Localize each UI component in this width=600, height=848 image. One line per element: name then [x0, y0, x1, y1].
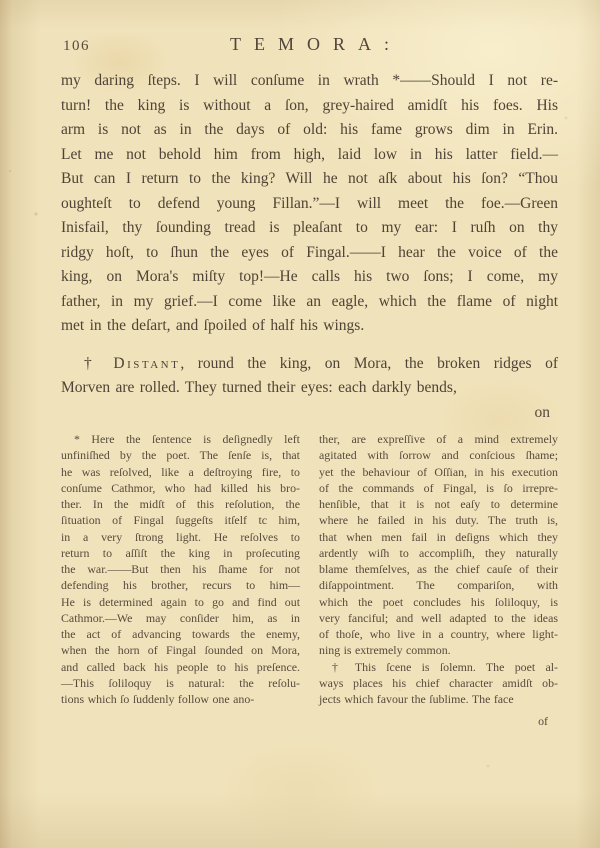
text-line: return to aſſiſt the king in proſecuting: [61, 545, 300, 561]
text-line: that when men fail in deſigns which they: [319, 529, 558, 545]
text-line: Inisfail, thy ſounding tread is pleaſant…: [61, 216, 558, 241]
text-line: ſituation of Fingal ſuggeſts itſelf tc h…: [61, 512, 300, 528]
text-line: turn! the king is without a ſon, grey-ha…: [61, 94, 558, 119]
text-line: * Here the ſentence is deſignedly left: [61, 431, 300, 447]
text-line: my daring ſteps. I will conſume in wrath…: [61, 69, 558, 94]
text-line: But can I return to the king? Will he no…: [61, 167, 558, 192]
main-paragraph-soliloquy: my daring ſteps. I will conſume in wrath…: [61, 69, 558, 339]
text-line: ther, are expreſſive of a mind extremely: [319, 431, 558, 447]
text-segment: , round the king, on Mora, the broken ri…: [180, 355, 558, 372]
text-line: † Distant, round the king, on Mora, the …: [61, 352, 558, 377]
text-line: in a very ſtrong light. He reſolves to: [61, 529, 300, 545]
text-line: ning is extremely common.: [319, 642, 558, 658]
catchword-footnote: of: [319, 713, 558, 729]
page-content: 106 TEMORA: my daring ſteps. I will conſ…: [61, 34, 558, 729]
text-line: ther. In the midſt of this reſolution, t…: [61, 496, 300, 512]
text-line: Cathmor.—We may conſider him, as in: [61, 610, 300, 626]
text-line: diſappointment. The compariſon, with: [319, 577, 558, 593]
text-line: ways places his chief character amidſt o…: [319, 675, 558, 691]
footnote-dagger: † This ſcene is ſolemn. The poet al-ways…: [319, 659, 558, 708]
text-line: unfiniſhed by the poet. The ſenſe is, th…: [61, 447, 300, 463]
text-line: yet the behaviour of Oſſian, in his exec…: [319, 464, 558, 480]
text-line: ardently wiſh to accompliſh, they natura…: [319, 545, 558, 561]
text-line: ridgy hoſt, to ſhun the eyes of Fingal.—…: [61, 241, 558, 266]
footnotes-section: * Here the ſentence is deſignedly leftun…: [61, 431, 558, 729]
text-line: where he failed in his duty. The truth i…: [319, 512, 558, 528]
dagger-reference-mark: †: [84, 355, 113, 372]
text-line: the act of advancing towards the enemy,: [61, 626, 300, 642]
text-line: blame themſelves, as the chief cauſe of …: [319, 561, 558, 577]
text-line: arm is not as in the days of old: his fa…: [61, 118, 558, 143]
page-header: 106 TEMORA:: [61, 34, 558, 58]
footnote-asterisk-continuation: ther, are expreſſive of a mind extremely…: [319, 431, 558, 659]
text-line: father, in my grief.—I come like an eagl…: [61, 290, 558, 315]
footnote-column-right: ther, are expreſſive of a mind extremely…: [319, 431, 558, 729]
text-line: † This ſcene is ſolemn. The poet al-: [319, 659, 558, 675]
text-line: which the poet concludes his ſoliloquy, …: [319, 594, 558, 610]
text-line: the war.——But then his ſhame for not: [61, 561, 300, 577]
text-line: tions which ſo ſuddenly follow one ano-: [61, 691, 300, 707]
text-line: of thoſe, who live in a country, where l…: [319, 626, 558, 642]
text-line: oughteſt to defend young Fillan.”—I will…: [61, 192, 558, 217]
text-line: defending his brother, recurs to him—: [61, 577, 300, 593]
text-line: jects which favour the ſublime. The face: [319, 691, 558, 707]
text-line: of the commands of Fingal, is ſo irrepre…: [319, 480, 558, 496]
text-line: —This ſoliloquy is natural: the reſolu-: [61, 675, 300, 691]
main-paragraph-distant: † Distant, round the king, on Mora, the …: [61, 352, 558, 401]
text-line: Let me not behold him from high, laid lo…: [61, 143, 558, 168]
text-line: met in the deſart, and ſpoiled of half h…: [61, 314, 558, 339]
text-line: he was reſolved, like a deſtroying fire,…: [61, 464, 300, 480]
smallcaps-word: Distant: [113, 355, 180, 372]
text-line: king, on Mora's miſty top!—He calls his …: [61, 265, 558, 290]
catchword-main: on: [61, 401, 558, 426]
text-line: He is determined again to go and find ou…: [61, 594, 300, 610]
running-title: TEMORA:: [61, 34, 558, 55]
text-line: and called back his people to his preſen…: [61, 659, 300, 675]
text-line: very fanciful; and well adapted to the i…: [319, 610, 558, 626]
footnote-column-left: * Here the ſentence is deſignedly leftun…: [61, 431, 300, 729]
text-line: henſible, that it is not eaſy to determi…: [319, 496, 558, 512]
text-line: when the horn of Fingal ſounded on Mora,: [61, 642, 300, 658]
text-line: Morven are rolled. They turned their eye…: [61, 376, 558, 401]
text-line: conſume Cathmor, who had killed his bro-: [61, 480, 300, 496]
book-page: 106 TEMORA: my daring ſteps. I will conſ…: [0, 0, 600, 848]
text-line: agitated with ſorrow and conſcious ſhame…: [319, 447, 558, 463]
